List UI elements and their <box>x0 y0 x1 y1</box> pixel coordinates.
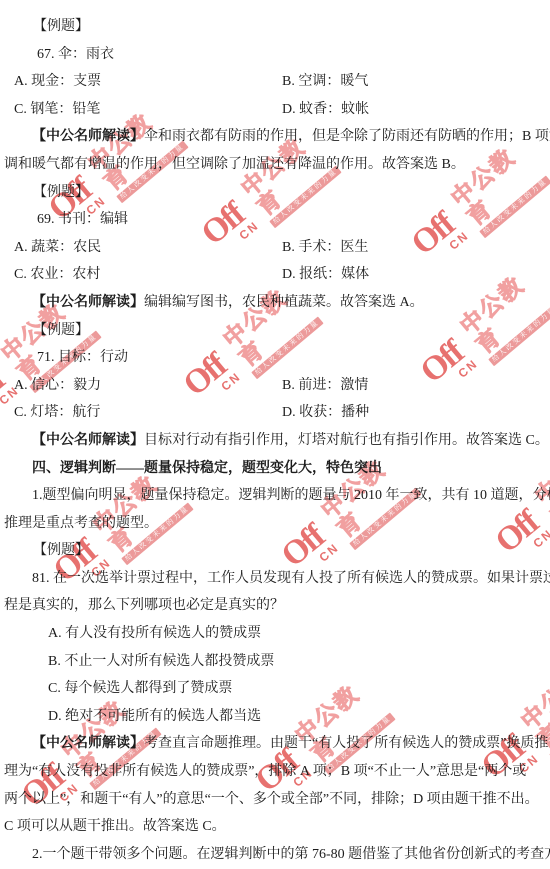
option: D. 蚊香：蚊帐 <box>282 96 369 124</box>
option: B. 手术：医生 <box>282 234 368 262</box>
example-label: 【例题】 <box>0 13 550 41</box>
paragraph-line: 2.一个题干带领多个问题。在逻辑判断中的第 76-80 题借鉴了其他省份创新式的… <box>0 841 550 869</box>
option: C. 每个候选人都得到了赞成票 <box>0 675 550 703</box>
option: A. 现金：支票 <box>14 74 101 89</box>
question-stem: 67. 伞：雨衣 <box>0 41 550 69</box>
question-stem: 69. 书刊：编辑 <box>0 206 550 234</box>
option-row: A. 蔬菜：农民B. 手术：医生 <box>0 234 550 262</box>
option: A. 蔬菜：农民 <box>14 240 101 255</box>
option: B. 前进：激情 <box>282 372 368 400</box>
analysis-line: 【中公名师解读】考查直言命题推理。由题干“有人投了所有候选人的赞成票”换质推 <box>0 730 550 758</box>
analysis-label: 【中公名师解读】 <box>32 295 144 310</box>
example-label: 【例题】 <box>0 317 550 345</box>
option: A. 信心：毅力 <box>14 378 101 393</box>
option: C. 农业：农村 <box>14 267 100 282</box>
option-row: C. 农业：农村D. 报纸：媒体 <box>0 261 550 289</box>
option-row: A. 现金：支票B. 空调：暖气 <box>0 68 550 96</box>
option: B. 空调：暖气 <box>282 68 368 96</box>
paragraph-line: 推理是重点考查的题型。 <box>0 510 550 538</box>
section-heading: 四、逻辑判断——题量保持稳定，题型变化大，特色突出 <box>0 455 550 483</box>
option: B. 不止一人对所有候选人都投赞成票 <box>0 648 550 676</box>
paragraph-line: 程是真实的，那么下列哪项也必定是真实的？ <box>0 592 550 620</box>
paragraph-line: 调和暖气都有增温的作用，但空调除了加温还有降温的作用。故答案选 B。 <box>0 151 550 179</box>
question-stem: 71. 目标：行动 <box>0 344 550 372</box>
document-content: 【例题】 67. 伞：雨衣 A. 现金：支票B. 空调：暖气 C. 钢笔：铅笔D… <box>0 0 550 868</box>
analysis-label: 【中公名师解读】 <box>32 129 144 144</box>
option-row: A. 信心：毅力B. 前进：激情 <box>0 372 550 400</box>
analysis-label: 【中公名师解读】 <box>32 433 144 448</box>
paragraph-line: 两个以上”，和题干“有人”的意思“一个、多个或全部”不同，排除；D 项由题干推不… <box>0 786 550 814</box>
option: C. 钢笔：铅笔 <box>14 102 100 117</box>
analysis-label: 【中公名师解读】 <box>32 736 144 751</box>
paragraph-line: 81. 在一次选举计票过程中，工作人员发现有人投了所有候选人的赞成票。如果计票过 <box>0 565 550 593</box>
option: C. 灯塔：航行 <box>14 405 100 420</box>
option-row: C. 钢笔：铅笔D. 蚊香：蚊帐 <box>0 96 550 124</box>
example-label: 【例题】 <box>0 179 550 207</box>
paragraph-line: 理为“有人没有投非所有候选人的赞成票”，排除 A 项；B 项“不止一人”意思是“… <box>0 758 550 786</box>
document-page: OffCN 中公教育 给人改变未来的力量 OffCN 中公教育 给人改变未来的力… <box>0 0 550 869</box>
option: D. 收获：播种 <box>282 399 369 427</box>
analysis-line: 【中公名师解读】编辑编写图书，农民种植蔬菜。故答案选 A。 <box>0 289 550 317</box>
analysis-line: 【中公名师解读】伞和雨衣都有防雨的作用，但是伞除了防雨还有防晒的作用；B 项空 <box>0 123 550 151</box>
paragraph-line: 1.题型偏向明显，题量保持稳定。逻辑判断的题量与 2010 年一致，共有 10 … <box>0 482 550 510</box>
option: A. 有人没有投所有候选人的赞成票 <box>0 620 550 648</box>
option: D. 报纸：媒体 <box>282 261 369 289</box>
paragraph-line: C 项可以从题干推出。故答案选 C。 <box>0 813 550 841</box>
example-label: 【例题】 <box>0 537 550 565</box>
option-row: C. 灯塔：航行D. 收获：播种 <box>0 399 550 427</box>
analysis-line: 【中公名师解读】目标对行动有指引作用，灯塔对航行也有指引作用。故答案选 C。 <box>0 427 550 455</box>
option: D. 绝对不可能所有的候选人都当选 <box>0 703 550 731</box>
